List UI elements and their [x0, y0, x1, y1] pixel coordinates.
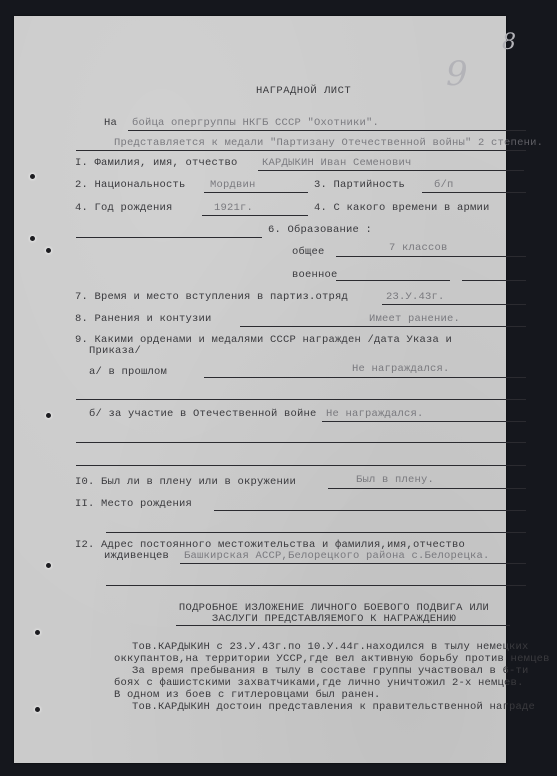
field-partisan-join-value: 23.У.43г. [386, 291, 445, 303]
field-party-value: б/п [434, 179, 454, 191]
binding-hole [35, 707, 40, 712]
underline [336, 280, 450, 281]
field-awards-label-cont: Приказа/ [89, 345, 141, 357]
field-party-label: 3. Партийность [314, 179, 405, 191]
underline [128, 130, 526, 131]
underline [76, 442, 526, 443]
field-captivity-label: I0. Был ли в плену или в окружении [75, 476, 296, 488]
binding-hole [35, 630, 40, 635]
field-captivity-value: Был в плену. [356, 474, 434, 486]
narrative-line: Тов.КАРДЫКИН с 23.У.43г.по 10.У.44г.нахо… [132, 641, 529, 653]
field-wounds-label: 8. Ранения и контузии [75, 313, 212, 325]
binding-hole [46, 563, 51, 568]
heading-underline [176, 625, 510, 626]
field-education-military-label: военное [292, 269, 338, 281]
underline [462, 280, 526, 281]
field-nationality-value: Мордвин [210, 179, 256, 191]
underline [422, 192, 526, 193]
to-label: На [104, 117, 117, 129]
archive-number-pencil: 8 [502, 30, 516, 55]
underline [240, 326, 526, 327]
field-birth-year-label: 4. Год рождения [75, 202, 173, 214]
nominated-value: Представляется к медали "Партизану Отече… [114, 137, 543, 149]
underline [382, 304, 526, 305]
binding-hole [30, 174, 35, 179]
binding-hole [30, 236, 35, 241]
field-wounds-value: Имеет ранение. [369, 313, 460, 325]
sheet-number-pencil: 9 [446, 54, 468, 94]
underline [204, 192, 308, 193]
narrative-line: За время пребывания в тылу в составе гру… [132, 665, 529, 677]
field-birthplace-label: II. Место рождения [75, 498, 192, 510]
underline [76, 465, 526, 466]
underline [204, 377, 526, 378]
narrative-line: боях с фашистскими захватчиками,где личн… [114, 677, 524, 689]
underline [328, 488, 526, 489]
field-education-label: 6. Образование : [268, 224, 372, 236]
binding-hole [46, 248, 51, 253]
field-army-since-label: 4. С какого времени в армии [314, 202, 490, 214]
underline [76, 237, 262, 238]
field-partisan-join-label: 7. Время и место вступления в партиз.отр… [75, 291, 348, 303]
narrative-line: Тов.КАРДЫКИН достоин представления к пра… [132, 701, 535, 713]
underline [76, 399, 526, 400]
field-awards-past-value: Не награждался. [352, 363, 450, 375]
document-title: НАГРАДНОЙ ЛИСТ [256, 85, 351, 97]
underline [76, 150, 526, 151]
field-address-value: Башкирская АССР,Белорецкого района с.Бел… [184, 550, 490, 562]
field-awards-war-label: б/ за участие в Отечественной войне [89, 408, 317, 420]
underline [336, 256, 526, 257]
scan-background: 8 9 НАГРАДНОЙ ЛИСТ На бойца опергруппы Н… [0, 0, 557, 776]
narrative-heading-cont: ЗАСЛУГИ ПРЕДСТАВЛЯЕМОГО К НАГРАЖДЕНИЮ [154, 613, 514, 625]
field-nationality-label: 2. Национальность [75, 179, 186, 191]
underline [106, 532, 526, 533]
field-name-value: КАРДЫКИН Иван Семенович [262, 157, 412, 169]
underline [180, 563, 526, 564]
to-value: бойца опергруппы НКГБ СССР "Охотники". [132, 117, 379, 129]
underline [202, 215, 308, 216]
underline [258, 170, 524, 171]
underline [322, 421, 526, 422]
narrative-line: оккупантов,на территории УССР,где вел ак… [114, 653, 550, 665]
field-address-label-cont: иждивенцев [104, 550, 169, 562]
underline [214, 510, 526, 511]
binding-hole [46, 413, 51, 418]
underline [106, 585, 526, 586]
field-birth-year-value: 1921г. [214, 202, 253, 214]
field-education-general-value: 7 классов [389, 242, 448, 254]
field-awards-war-value: Не награждался. [326, 408, 424, 420]
award-sheet-page: 8 9 НАГРАДНОЙ ЛИСТ На бойца опергруппы Н… [14, 16, 506, 763]
field-awards-past-label: а/ в прошлом [89, 366, 167, 378]
field-education-general-label: общее [292, 246, 325, 258]
narrative-line: В одном из боев с гитлеровцами был ранен… [114, 689, 381, 701]
field-name-label: I. Фамилия, имя, отчество [75, 157, 238, 169]
